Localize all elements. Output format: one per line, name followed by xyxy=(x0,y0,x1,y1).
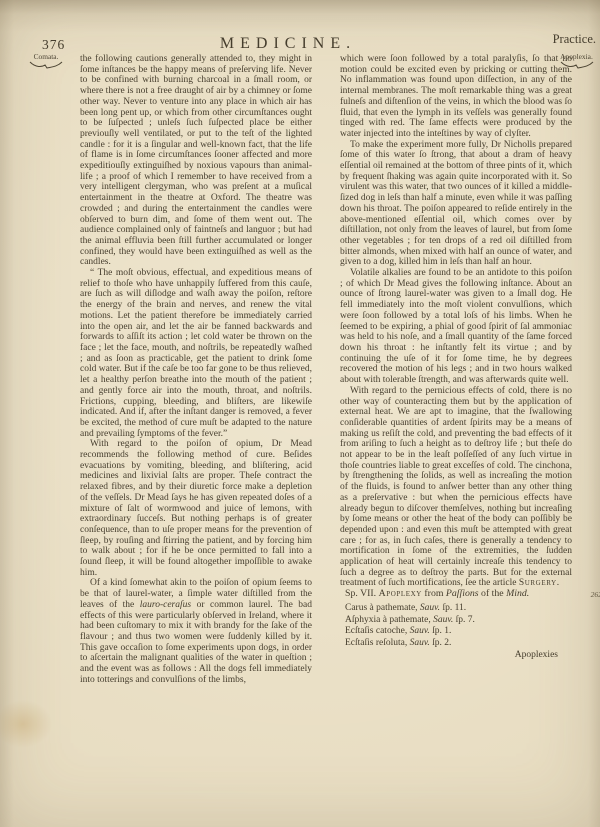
book-page: 376 MEDICINE. Practice. Comata. Apoplexi… xyxy=(0,0,600,827)
section-italic: Paſſions xyxy=(446,588,479,599)
paragraph: which were ſoon followed by a total para… xyxy=(340,54,572,140)
latin-term: lauro-ceraſus xyxy=(140,600,191,610)
species-name: Aſphyxia à pathemate, xyxy=(345,615,431,625)
species-item: Aſphyxia à pathemate, Sauv. ſp. 7. xyxy=(345,615,572,627)
species-source: Sauv. xyxy=(433,615,453,625)
species-ref: ſp. 11. xyxy=(442,603,466,613)
page-stain xyxy=(0,692,62,756)
species-source: Sauv. xyxy=(410,626,430,636)
section-ref-number: 262 xyxy=(591,590,600,601)
paragraph: Volatile alkalies are found to be an ant… xyxy=(340,268,572,386)
paragraph: With regard to the pernicious effects of… xyxy=(340,386,572,589)
margin-note-comata: Comata. xyxy=(16,53,76,69)
paragraph: “ The moſt obvious, effectual, and exped… xyxy=(80,268,312,439)
catchword: Apoplexies xyxy=(340,650,572,661)
paragraph: To make the experiment more fully, Dr Ni… xyxy=(340,140,572,268)
paragraph-text: or common laurel. The bad effects of thi… xyxy=(80,600,312,685)
paragraph: Of a kind ſomewhat akin to the poiſon of… xyxy=(80,578,312,685)
paragraph: the following cautions generally attende… xyxy=(80,54,312,268)
species-name: Ecſtaſis reſoluta, xyxy=(345,638,407,648)
species-ref: ſp. 1. xyxy=(432,626,451,636)
brace-mark xyxy=(29,61,63,69)
species-item: Ecſtaſis catoche, Sauv. ſp. 1. xyxy=(345,626,572,638)
species-ref: ſp. 2. xyxy=(432,638,451,648)
running-title: MEDICINE. xyxy=(0,35,576,53)
right-column: which were ſoon followed by a total para… xyxy=(340,54,572,661)
left-column: the following cautions generally attende… xyxy=(80,54,312,685)
margin-note-label: Comata. xyxy=(34,52,59,61)
cross-reference: Surgery. xyxy=(519,578,560,588)
species-list: Carus à pathemate, Sauv. ſp. 11. Aſphyxi… xyxy=(340,603,572,650)
species-source: Sauv. xyxy=(420,603,440,613)
section-prefix: Sp. VII. xyxy=(345,588,376,599)
running-head-right: Practice. xyxy=(553,32,596,47)
section-heading: Sp. VII. Apoplexy from Paſſions of the M… xyxy=(340,589,572,600)
section-italic: Mind. xyxy=(506,588,529,599)
species-name: Ecſtaſis catoche, xyxy=(345,626,407,636)
species-source: Sauv. xyxy=(410,638,430,648)
section-connector: of the xyxy=(481,588,504,599)
section-title: Apoplexy xyxy=(379,588,422,599)
species-item: Ecſtaſis reſoluta, Sauv. ſp. 2. xyxy=(345,638,572,650)
species-item: Carus à pathemate, Sauv. ſp. 11. xyxy=(345,603,572,615)
species-ref: ſp. 7. xyxy=(456,615,475,625)
paragraph: With regard to the poiſon of opium, Dr M… xyxy=(80,439,312,578)
paragraph-text: With regard to the pernicious effects of… xyxy=(340,386,572,589)
section-connector: from xyxy=(424,588,443,599)
species-name: Carus à pathemate, xyxy=(345,603,418,613)
